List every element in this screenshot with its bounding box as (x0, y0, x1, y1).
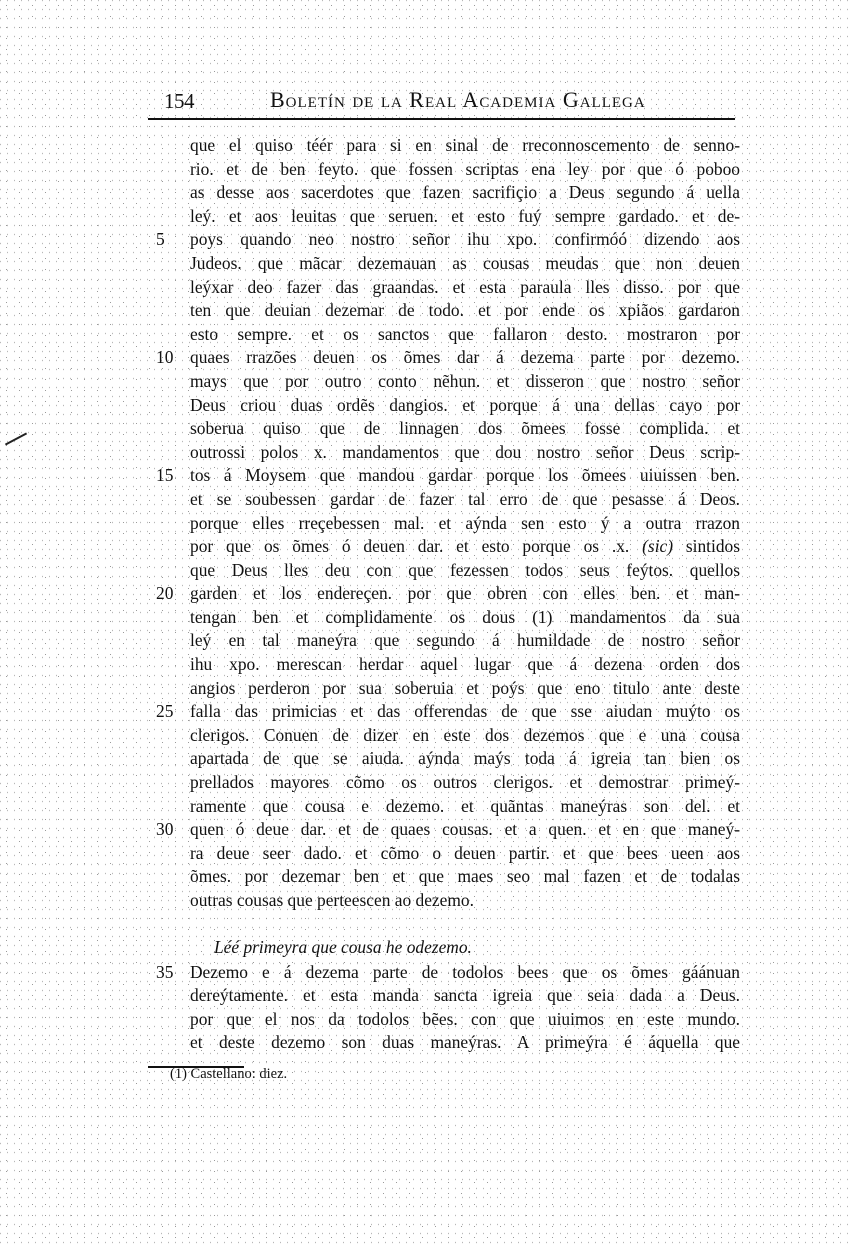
line-text: outras cousas que perteescen ao dezemo. (190, 890, 474, 910)
line-text: outrossi polos x. mandamentos que dou no… (190, 442, 740, 462)
sic-annotation: (sic) (642, 536, 673, 556)
footnote: (1) Castellano: diez. (170, 1066, 287, 1083)
line-text: apartada de que se aiuda. aýnda maýs tod… (190, 748, 740, 768)
header-rule (148, 118, 735, 120)
text-line: apartada de que se aiuda. aýnda maýs tod… (150, 747, 740, 771)
text-line: por que os õmes ó deuen dar. et esto por… (150, 535, 740, 559)
line-text: quen ó deue dar. et de quaes cousas. et … (190, 819, 740, 839)
line-text: quaes rrazões deuen os õmes dar á dezema… (190, 347, 740, 367)
text-line: 5poys quando neo nostro señor ihu xpo. c… (150, 228, 740, 252)
text-line: as desse aos sacerdotes que fazen sacrif… (150, 181, 740, 205)
running-title: Boletín de la Real Academia Gallega (270, 87, 646, 113)
line-number: 15 (156, 464, 184, 488)
text-line: õmes. por dezemar ben et que maes seo ma… (150, 865, 740, 889)
line-text: soberua quiso que de linnagen dos õmees … (190, 418, 740, 438)
text-line: et se soubessen gardar de fazer tal erro… (150, 488, 740, 512)
line-number: 35 (156, 961, 184, 985)
text-line: soberua quiso que de linnagen dos õmees … (150, 417, 740, 441)
line-text: ihu xpo. merescan herdar aquel lugar que… (190, 654, 740, 674)
line-text: por que os õmes ó deuen dar. et esto por… (190, 536, 629, 556)
line-text: Judeos. que mãcar dezemauan as cousas me… (190, 253, 740, 273)
line-text: Dezemo e á dezema parte de todolos bees … (190, 962, 740, 982)
line-text: as desse aos sacerdotes que fazen sacrif… (190, 182, 740, 202)
text-line: tengan ben et complidamente os dous (1) … (150, 606, 740, 630)
text-line: 35Dezemo e á dezema parte de todolos bee… (150, 961, 740, 985)
margin-pen-mark (5, 432, 27, 445)
line-text: ten que deuian dezemar de todo. et por e… (190, 300, 740, 320)
line-text: falla das primicias et das offerendas de… (190, 701, 740, 721)
text-line: leýxar deo fazer das graandas. et esta p… (150, 276, 740, 300)
text-line: leý en tal maneýra que segundo á humilda… (150, 629, 740, 653)
body-text: que el quiso téér para si en sinal de rr… (150, 134, 740, 1055)
text-line: outrossi polos x. mandamentos que dou no… (150, 441, 740, 465)
section-subheading: Léé primeyra que cousa he odezemo. (150, 933, 740, 961)
text-line: porque elles rreçebessen mal. et aýnda s… (150, 512, 740, 536)
line-text: que Deus lles deu con que fezessen todos… (190, 560, 740, 580)
line-text: garden et los endereçen. por que obren c… (190, 583, 740, 603)
page-number: 154 (164, 89, 194, 114)
text-line: clerigos. Conuen de dizer en este dos de… (150, 724, 740, 748)
line-number: 20 (156, 582, 184, 606)
line-text: porque elles rreçebessen mal. et aýnda s… (190, 513, 740, 533)
text-line: 25falla das primicias et das offerendas … (150, 700, 740, 724)
line-number: 5 (156, 228, 184, 252)
text-line: 30quen ó deue dar. et de quaes cousas. e… (150, 818, 740, 842)
line-text: õmes. por dezemar ben et que maes seo ma… (190, 866, 740, 886)
text-line: ten que deuian dezemar de todo. et por e… (150, 299, 740, 323)
text-line: 15tos á Moysem que mandou gardar porque … (150, 464, 740, 488)
line-text: tos á Moysem que mandou gardar porque lo… (190, 465, 740, 485)
line-text: leý en tal maneýra que segundo á humilda… (190, 630, 740, 650)
text-line: Deus criou duas ordẽs dangios. et porque… (150, 394, 740, 418)
text-line: angios perderon por sua soberuia et poýs… (150, 677, 740, 701)
section-gap (150, 913, 740, 933)
line-text: prellados mayores cõmo os outros clerigo… (190, 772, 740, 792)
text-line: ra deue seer dado. et cõmo o deuen parti… (150, 842, 740, 866)
line-text: et se soubessen gardar de fazer tal erro… (190, 489, 740, 509)
line-text: por que el nos da todolos bẽes. con que … (190, 1009, 740, 1029)
line-text: angios perderon por sua soberuia et poýs… (190, 678, 740, 698)
line-text: clerigos. Conuen de dizer en este dos de… (190, 725, 740, 745)
line-text: que el quiso téér para si en sinal de rr… (190, 135, 740, 155)
line-text: ramente que cousa e dezemo. et quãntas m… (190, 796, 740, 816)
text-line: por que el nos da todolos bẽes. con que … (150, 1008, 740, 1032)
text-line: 20garden et los endereçen. por que obren… (150, 582, 740, 606)
text-line: dereýtamente. et esta manda sancta igrei… (150, 984, 740, 1008)
line-text: leý. et aos leuitas que seruen. et esto … (190, 206, 740, 226)
text-line: ramente que cousa e dezemo. et quãntas m… (150, 795, 740, 819)
line-text: poys quando neo nostro señor ihu xpo. co… (190, 229, 740, 249)
line-text: mays que por outro conto nẽhun. et disse… (190, 371, 740, 391)
line-text: esto sempre. et os sanctos que fallaron … (190, 324, 740, 344)
line-number: 30 (156, 818, 184, 842)
text-line: et deste dezemo son duas maneýras. A pri… (150, 1031, 740, 1055)
text-line: que Deus lles deu con que fezessen todos… (150, 559, 740, 583)
text-line: que el quiso téér para si en sinal de rr… (150, 134, 740, 158)
page-header: 154 Boletín de la Real Academia Gallega (160, 85, 740, 119)
text-line: outras cousas que perteescen ao dezemo. (150, 889, 740, 913)
line-number: 10 (156, 346, 184, 370)
text-line: ihu xpo. merescan herdar aquel lugar que… (150, 653, 740, 677)
text-line: mays que por outro conto nẽhun. et disse… (150, 370, 740, 394)
text-line: prellados mayores cõmo os outros clerigo… (150, 771, 740, 795)
line-text: rio. et de ben feyto. que fossen scripta… (190, 159, 740, 179)
text-line: 10quaes rrazões deuen os õmes dar á deze… (150, 346, 740, 370)
line-number: 25 (156, 700, 184, 724)
line-text: et deste dezemo son duas maneýras. A pri… (190, 1032, 740, 1052)
line-text: Deus criou duas ordẽs dangios. et porque… (190, 395, 740, 415)
text-line: rio. et de ben feyto. que fossen scripta… (150, 158, 740, 182)
line-text: ra deue seer dado. et cõmo o deuen parti… (190, 843, 740, 863)
text-line: Judeos. que mãcar dezemauan as cousas me… (150, 252, 740, 276)
line-text: dereýtamente. et esta manda sancta igrei… (190, 985, 740, 1005)
text-line: leý. et aos leuitas que seruen. et esto … (150, 205, 740, 229)
line-text: tengan ben et complidamente os dous (1) … (190, 607, 740, 627)
line-text: leýxar deo fazer das graandas. et esta p… (190, 277, 740, 297)
text-line: esto sempre. et os sanctos que fallaron … (150, 323, 740, 347)
